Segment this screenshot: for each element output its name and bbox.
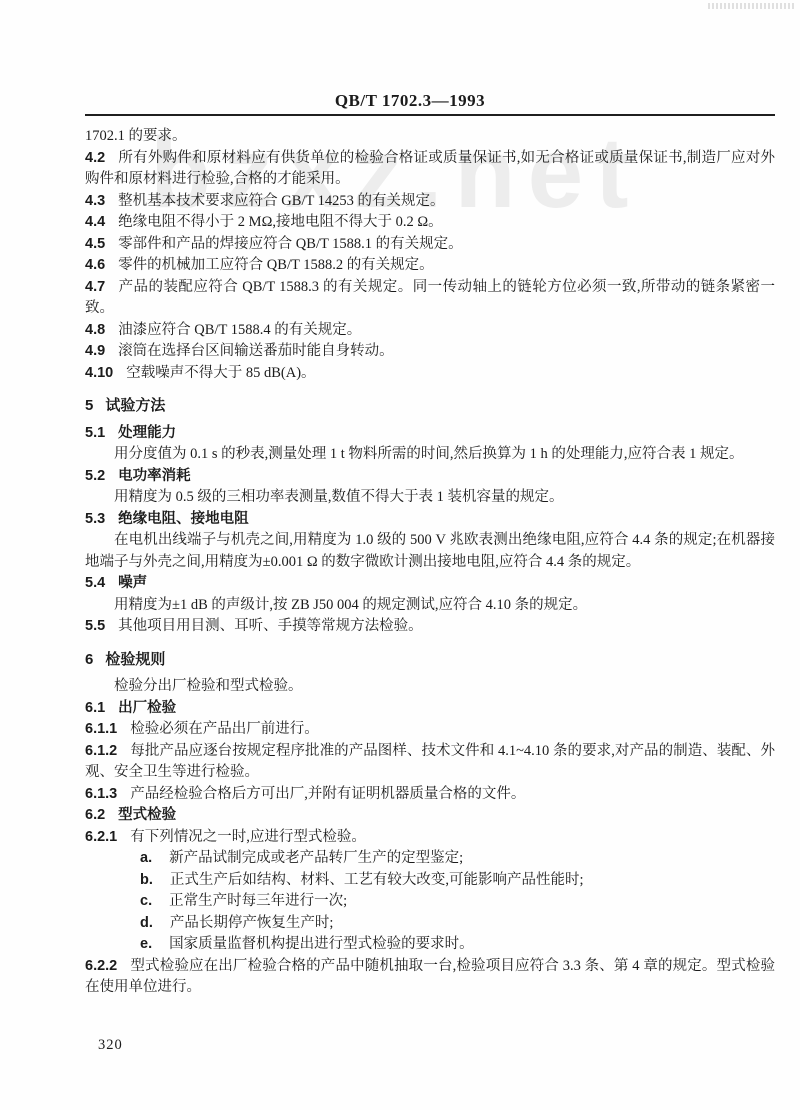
clause-text: 零件的机械加工应符合 QB/T 1588.2 的有关规定。: [118, 257, 434, 273]
clause-4-10: 4.10空载噪声不得大于 85 dB(A)。: [85, 363, 775, 385]
clause-4-8: 4.8油漆应符合 QB/T 1588.4 的有关规定。: [85, 320, 775, 342]
clause-number: 6.2.1: [85, 829, 117, 845]
list-item-a: a.新产品试制完成或老产品转厂生产的定型鉴定;: [85, 848, 775, 870]
list-text: 正常生产时每三年进行一次;: [169, 893, 347, 909]
clause-number: 6.1.3: [85, 786, 117, 802]
clause-text: 用精度为±1 dB 的声级计,按 ZB J50 004 的规定测试,应符合 4.…: [114, 597, 587, 613]
clause-number: 4.8: [85, 322, 105, 338]
list-text: 正式生产后如结构、材料、工艺有较大改变,可能影响产品性能时;: [170, 872, 584, 888]
clause-text: 型式检验应在出厂检验合格的产品中随机抽取一台,检验项目应符合 3.3 条、第 4…: [85, 958, 775, 996]
clause-5-4-body: 用精度为±1 dB 的声级计,按 ZB J50 004 的规定测试,应符合 4.…: [85, 595, 775, 617]
clause-6-2-2: 6.2.2型式检验应在出厂检验合格的产品中随机抽取一台,检验项目应符合 3.3 …: [85, 956, 775, 999]
clause-text: 1702.1 的要求。: [85, 128, 187, 144]
clause-5-1-body: 用分度值为 0.1 s 的秒表,测量处理 1 t 物料所需的时间,然后换算为 1…: [85, 444, 775, 466]
clause-number: 6.2.2: [85, 958, 117, 974]
clause-4-4: 4.4绝缘电阻不得小于 2 MΩ,接地电阻不得大于 0.2 Ω。: [85, 212, 775, 234]
page-number: 320: [98, 1037, 123, 1054]
clause-text: 用分度值为 0.1 s 的秒表,测量处理 1 t 物料所需的时间,然后换算为 1…: [114, 446, 744, 462]
list-text: 产品长期停产恢复生产时;: [170, 915, 334, 931]
continuation-text: 1702.1 的要求。: [85, 126, 775, 148]
list-item-c: c.正常生产时每三年进行一次;: [85, 891, 775, 913]
clause-text: 出厂检验: [118, 700, 176, 716]
clause-6-2-title: 6.2型式检验: [85, 805, 775, 827]
chapter-6-heading: 6检验规则: [85, 649, 775, 671]
list-text: 新产品试制完成或老产品转厂生产的定型鉴定;: [169, 850, 463, 866]
clause-number: 6.1: [85, 700, 105, 716]
chapter-6-intro: 检验分出厂检验和型式检验。: [85, 676, 775, 698]
clause-5-5: 5.5其他项目用目测、耳听、手摸等常规方法检验。: [85, 616, 775, 638]
list-item-b: b.正式生产后如结构、材料、工艺有较大改变,可能影响产品性能时;: [85, 870, 775, 892]
clause-number: 4.3: [85, 193, 105, 209]
clause-text: 处理能力: [118, 425, 176, 441]
clause-6-1-1: 6.1.1检验必须在产品出厂前进行。: [85, 719, 775, 741]
clause-5-2-body: 用精度为 0.5 级的三相功率表测量,数值不得大于表 1 装机容量的规定。: [85, 487, 775, 509]
clause-text: 空载噪声不得大于 85 dB(A)。: [126, 365, 315, 381]
clause-4-2: 4.2所有外购件和原材料应有供货单位的检验合格证或质量保证书,如无合格证或质量保…: [85, 148, 775, 191]
clause-number: 5.3: [85, 511, 105, 527]
clause-number: 5.5: [85, 618, 105, 634]
clause-4-6: 4.6零件的机械加工应符合 QB/T 1588.2 的有关规定。: [85, 255, 775, 277]
clause-text: 检验分出厂检验和型式检验。: [114, 678, 303, 694]
clause-text: 噪声: [118, 575, 147, 591]
clause-text: 整机基本技术要求应符合 GB/T 14253 的有关规定。: [118, 193, 444, 209]
faint-print-marks: [708, 3, 796, 9]
clause-text: 电功率消耗: [118, 468, 191, 484]
clause-text: 有下列情况之一时,应进行型式检验。: [130, 829, 366, 845]
list-letter: c.: [140, 893, 152, 909]
clause-text: 用精度为 0.5 级的三相功率表测量,数值不得大于表 1 装机容量的规定。: [114, 489, 564, 505]
clause-text: 每批产品应逐台按规定程序批准的产品图样、技术文件和 4.1~4.10 条的要求,…: [85, 743, 775, 781]
list-text: 国家质量监督机构提出进行型式检验的要求时。: [169, 936, 474, 952]
clause-number: 4.2: [85, 150, 105, 166]
list-letter: b.: [140, 872, 153, 888]
clause-text: 检验必须在产品出厂前进行。: [130, 721, 319, 737]
clause-text: 产品经检验合格后方可出厂,并附有证明机器质量合格的文件。: [130, 786, 525, 802]
clause-4-7: 4.7产品的装配应符合 QB/T 1588.3 的有关规定。同一传动轴上的链轮方…: [85, 277, 775, 320]
clause-number: 4.4: [85, 214, 105, 230]
clause-text: 产品的装配应符合 QB/T 1588.3 的有关规定。同一传动轴上的链轮方位必须…: [85, 279, 775, 317]
clause-5-3-title: 5.3绝缘电阻、接地电阻: [85, 509, 775, 531]
clause-number: 6.1.1: [85, 721, 117, 737]
clause-number: 4.5: [85, 236, 105, 252]
clause-number: 4.7: [85, 279, 105, 295]
clause-6-2-1: 6.2.1有下列情况之一时,应进行型式检验。: [85, 827, 775, 849]
clause-text: 在电机出线端子与机壳之间,用精度为 1.0 级的 500 V 兆欧表测出绝缘电阻…: [85, 532, 775, 570]
chapter-title: 试验方法: [105, 397, 165, 414]
clause-text: 所有外购件和原材料应有供货单位的检验合格证或质量保证书,如无合格证或质量保证书,…: [85, 150, 775, 188]
clause-text: 绝缘电阻不得小于 2 MΩ,接地电阻不得大于 0.2 Ω。: [118, 214, 442, 230]
clause-number: 6.2: [85, 807, 105, 823]
clause-number: 5.4: [85, 575, 105, 591]
clause-5-1-title: 5.1处理能力: [85, 423, 775, 445]
list-letter: d.: [140, 915, 153, 931]
list-item-d: d.产品长期停产恢复生产时;: [85, 913, 775, 935]
clause-6-1-title: 6.1出厂检验: [85, 698, 775, 720]
list-item-e: e.国家质量监督机构提出进行型式检验的要求时。: [85, 934, 775, 956]
clause-text: 油漆应符合 QB/T 1588.4 的有关规定。: [118, 322, 361, 338]
clause-text: 滚筒在选择台区间输送番茄时能自身转动。: [118, 343, 394, 359]
chapter-5-heading: 5试验方法: [85, 395, 775, 417]
header-rule: [85, 114, 775, 116]
clause-number: 4.10: [85, 365, 113, 381]
clause-4-3: 4.3整机基本技术要求应符合 GB/T 14253 的有关规定。: [85, 191, 775, 213]
clause-text: 其他项目用目测、耳听、手摸等常规方法检验。: [118, 618, 423, 634]
document-page: bzxz.net QB/T 1702.3—1993 1702.1 的要求。 4.…: [0, 0, 800, 1110]
chapter-number: 6: [85, 651, 93, 668]
document-body: 1702.1 的要求。 4.2所有外购件和原材料应有供货单位的检验合格证或质量保…: [85, 126, 775, 999]
clause-text: 零部件和产品的焊接应符合 QB/T 1588.1 的有关规定。: [118, 236, 463, 252]
clause-5-4-title: 5.4噪声: [85, 573, 775, 595]
clause-number: 6.1.2: [85, 743, 117, 759]
clause-number: 4.9: [85, 343, 105, 359]
clause-4-5: 4.5零部件和产品的焊接应符合 QB/T 1588.1 的有关规定。: [85, 234, 775, 256]
clause-number: 5.1: [85, 425, 105, 441]
chapter-number: 5: [85, 397, 93, 414]
clause-5-3-body: 在电机出线端子与机壳之间,用精度为 1.0 级的 500 V 兆欧表测出绝缘电阻…: [85, 530, 775, 573]
clause-5-2-title: 5.2电功率消耗: [85, 466, 775, 488]
doc-code-header: QB/T 1702.3—1993: [65, 91, 755, 111]
chapter-title: 检验规则: [105, 651, 165, 668]
clause-number: 5.2: [85, 468, 105, 484]
clause-6-1-3: 6.1.3产品经检验合格后方可出厂,并附有证明机器质量合格的文件。: [85, 784, 775, 806]
clause-6-1-2: 6.1.2每批产品应逐台按规定程序批准的产品图样、技术文件和 4.1~4.10 …: [85, 741, 775, 784]
clause-number: 4.6: [85, 257, 105, 273]
list-letter: e.: [140, 936, 152, 952]
clause-text: 型式检验: [118, 807, 176, 823]
list-letter: a.: [140, 850, 152, 866]
clause-text: 绝缘电阻、接地电阻: [118, 511, 249, 527]
clause-4-9: 4.9滚筒在选择台区间输送番茄时能自身转动。: [85, 341, 775, 363]
